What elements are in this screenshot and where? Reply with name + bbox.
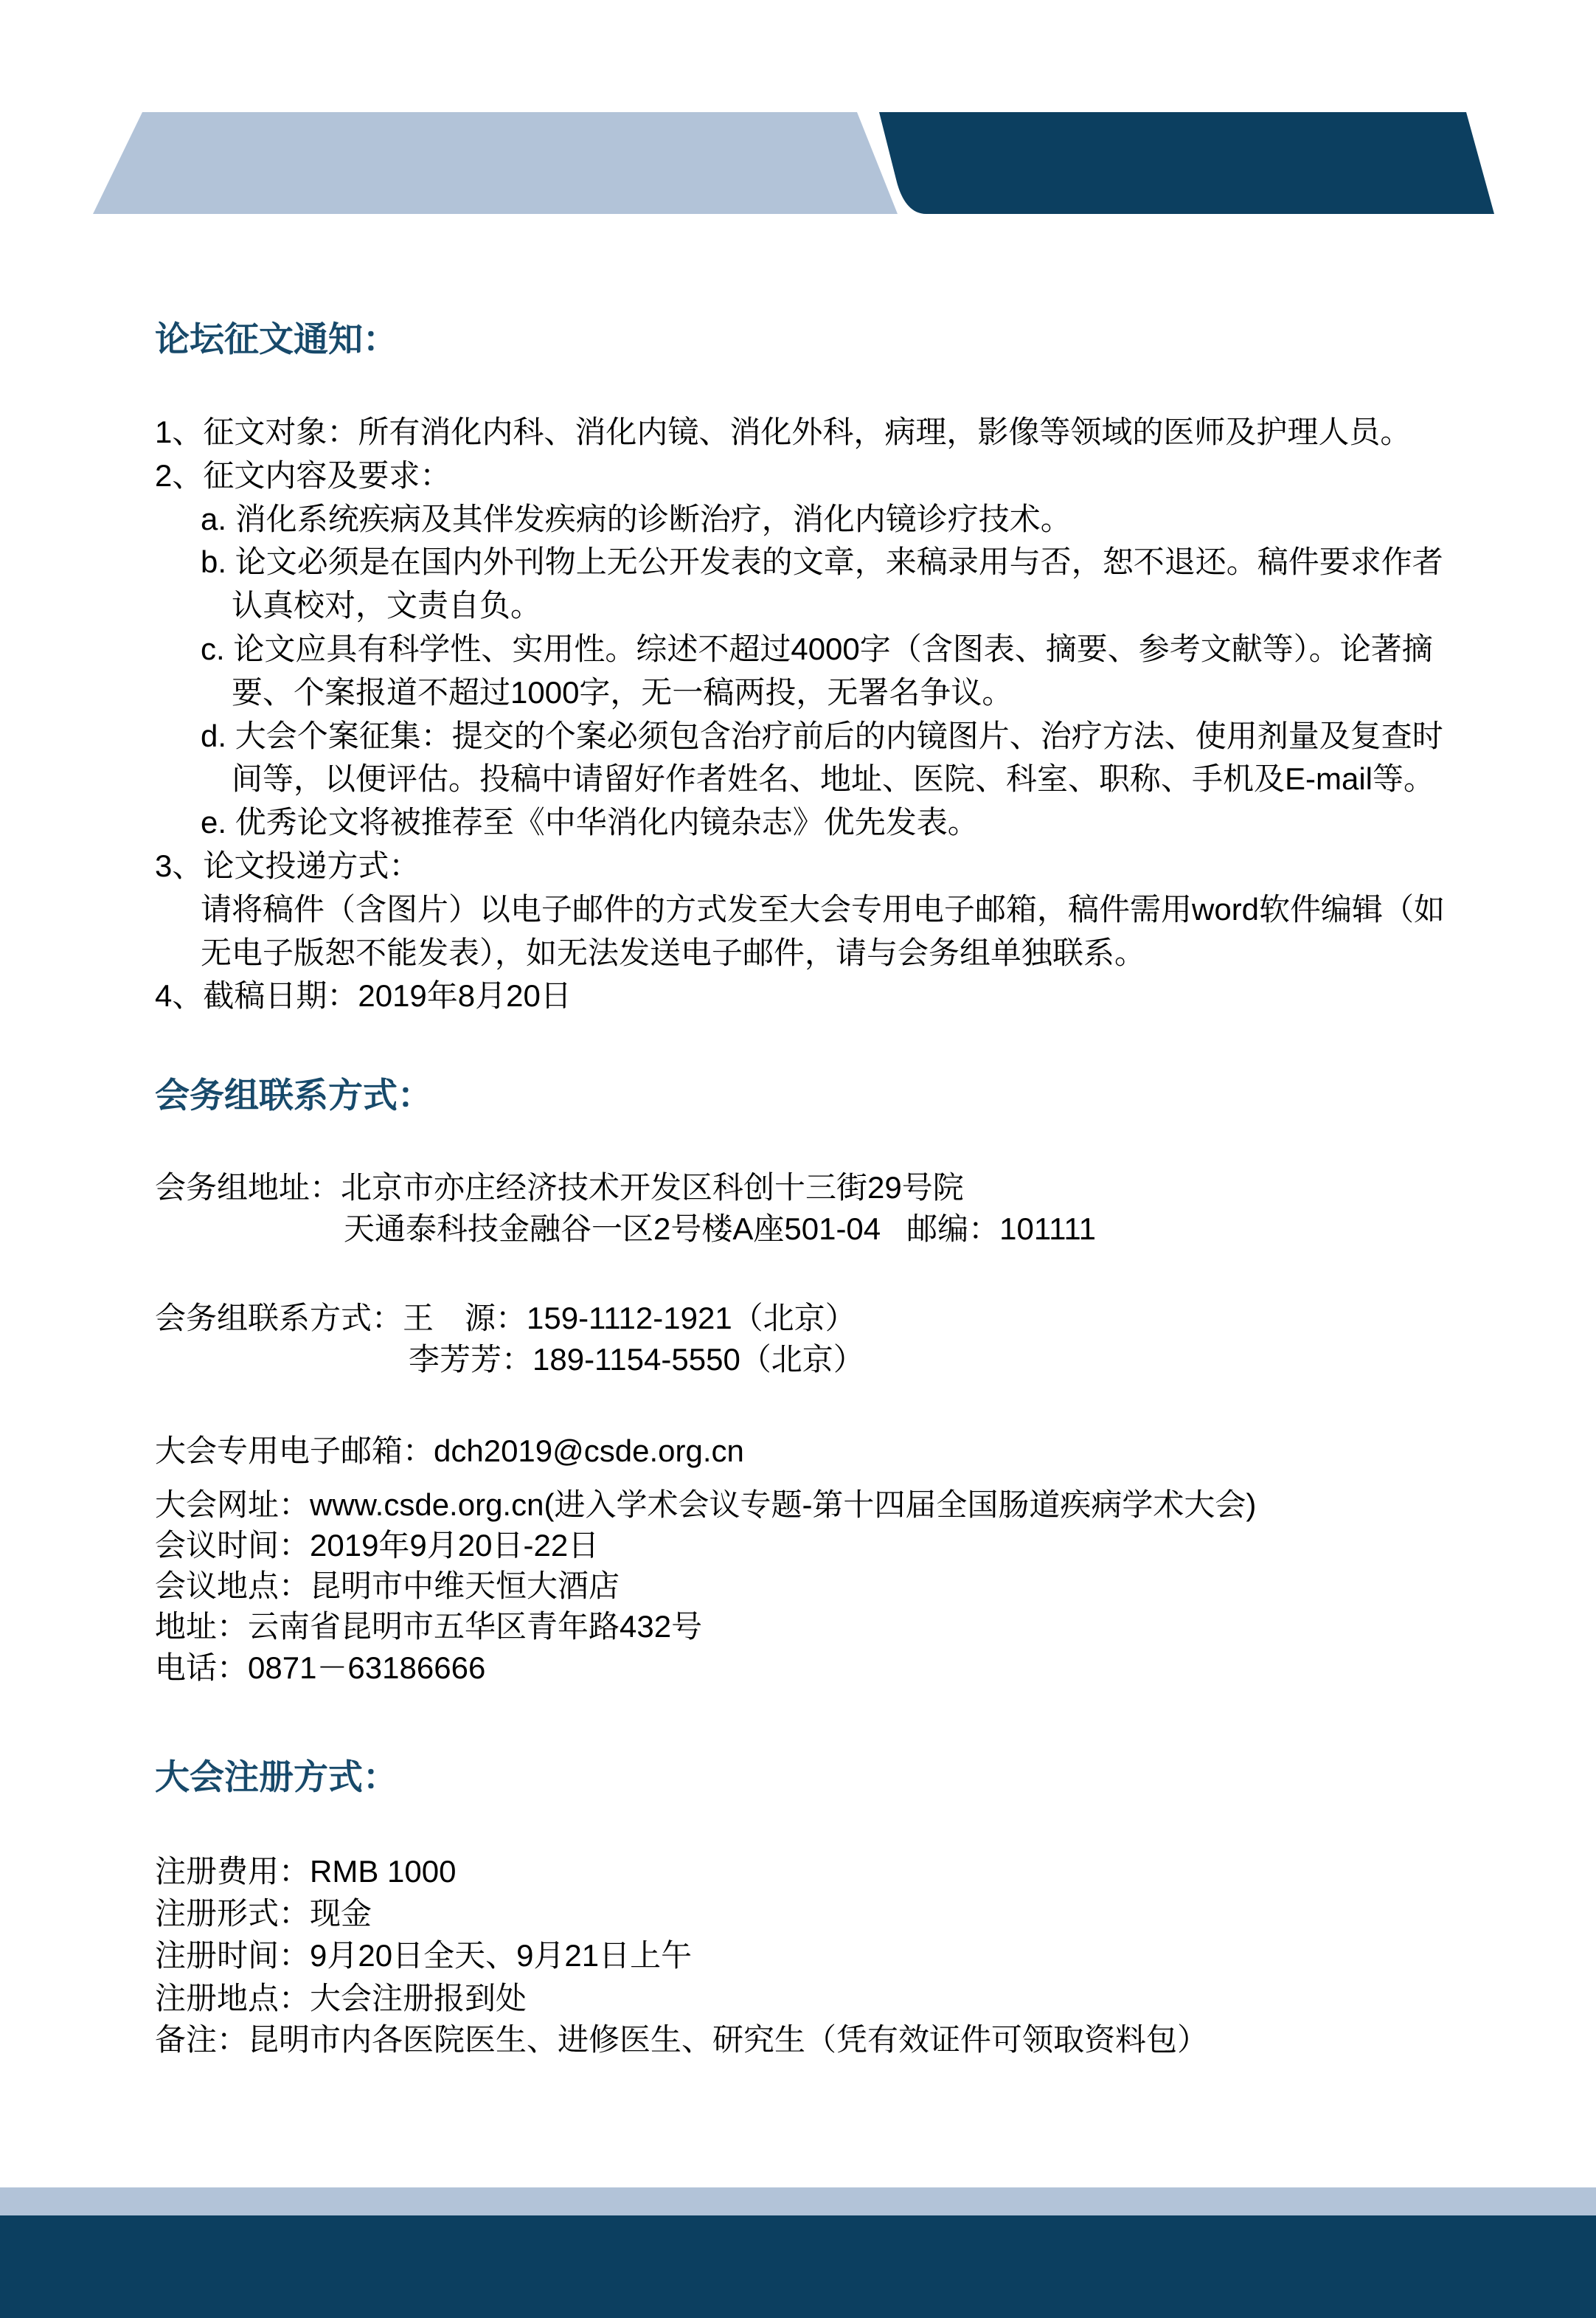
contact-address-line-1: 会务组地址：北京市亦庄经济技术开发区科创十三街29号院: [155, 1167, 964, 1208]
registration-place-line: 注册地点：大会注册报到处: [155, 1978, 527, 2019]
contact-phone-line-1: 会务组联系方式：王 源：159-1112-1921（北京）: [155, 1298, 856, 1339]
header-band-dark: [879, 112, 1494, 214]
venue-address-line: 地址：云南省昆明市五华区青年路432号: [155, 1606, 702, 1647]
registration-time-line: 注册时间：9月20日全天、9月21日上午: [155, 1935, 692, 1976]
footer-band-dark: [0, 2215, 1596, 2318]
registration-form-line: 注册形式：现金: [155, 1893, 372, 1934]
notice-line: 请将稿件（含图片）以电子邮件的方式发至大会专用电子邮箱，稿件需用word软件编辑…: [0, 888, 1445, 932]
footer-band-light: [0, 2187, 1596, 2215]
section-heading-registration: 大会注册方式：: [155, 1755, 398, 1799]
registration-remark-line: 备注：昆明市内各医院医生、进修医生、研究生（凭有效证件可领取资料包）: [155, 2019, 1208, 2061]
section-heading-contact: 会务组联系方式：: [155, 1073, 432, 1118]
venue-phone-line: 电话：0871－63186666: [155, 1647, 485, 1689]
notice-line: 3、论文投递方式：: [0, 845, 1445, 888]
meeting-venue-line: 会议地点：昆明市中维天恒大酒店: [155, 1565, 620, 1607]
registration-fee-line: 注册费用：RMB 1000: [155, 1851, 456, 1892]
notice-line: 4、截稿日期：2019年8月20日: [0, 975, 1445, 1018]
notice-line: d. 大会个案征集：提交的个案必须包含治疗前后的内镜图片、治疗方法、使用剂量及复…: [0, 715, 1445, 758]
notice-line: 无电子版恕不能发表），如无法发送电子邮件，请与会务组单独联系。: [0, 932, 1445, 975]
contact-email-line: 大会专用电子邮箱：dch2019@csde.org.cn: [155, 1430, 744, 1472]
header-band-light: [93, 112, 898, 214]
notice-line: e. 优秀论文将被推荐至《中华消化内镜杂志》优先发表。: [0, 801, 1445, 845]
notice-line: a. 消化系统疾病及其伴发疾病的诊断治疗，消化内镜诊疗技术。: [0, 498, 1445, 542]
notice-line: 2、征文内容及要求：: [0, 454, 1445, 498]
call-for-papers-body: 1、征文对象：所有消化内科、消化内镜、消化外科，病理，影像等领域的医师及护理人员…: [0, 411, 1445, 1018]
meeting-time-line: 会议时间：2019年9月20日-22日: [155, 1525, 599, 1566]
notice-line: b. 论文必须是在国内外刊物上无公开发表的文章，来稿录用与否，恕不退还。稿件要求…: [0, 541, 1445, 584]
header-decoration: [0, 0, 1596, 236]
notice-line: 认真校对，文责自负。: [0, 584, 1445, 628]
document-page: 论坛征文通知： 1、征文对象：所有消化内科、消化内镜、消化外科，病理，影像等领域…: [0, 0, 1596, 2318]
contact-address-line-2: 天通泰科技金融谷一区2号楼A座501-04 邮编：101111: [344, 1208, 1096, 1250]
section-heading-call-for-papers: 论坛征文通知：: [155, 317, 398, 361]
notice-line: c. 论文应具有科学性、实用性。综述不超过4000字（含图表、摘要、参考文献等）…: [0, 628, 1445, 671]
contact-website-line: 大会网址：www.csde.org.cn(进入学术会议专题-第十四届全国肠道疾病…: [155, 1484, 1256, 1526]
notice-line: 间等，以便评估。投稿中请留好作者姓名、地址、医院、科室、职称、手机及E-mail…: [0, 758, 1445, 801]
notice-line: 1、征文对象：所有消化内科、消化内镜、消化外科，病理，影像等领域的医师及护理人员…: [0, 411, 1445, 454]
notice-line: 要、个案报道不超过1000字，无一稿两投，无署名争议。: [0, 671, 1445, 715]
contact-phone-line-2: 李芳芳：189-1154-5550（北京）: [409, 1339, 864, 1380]
